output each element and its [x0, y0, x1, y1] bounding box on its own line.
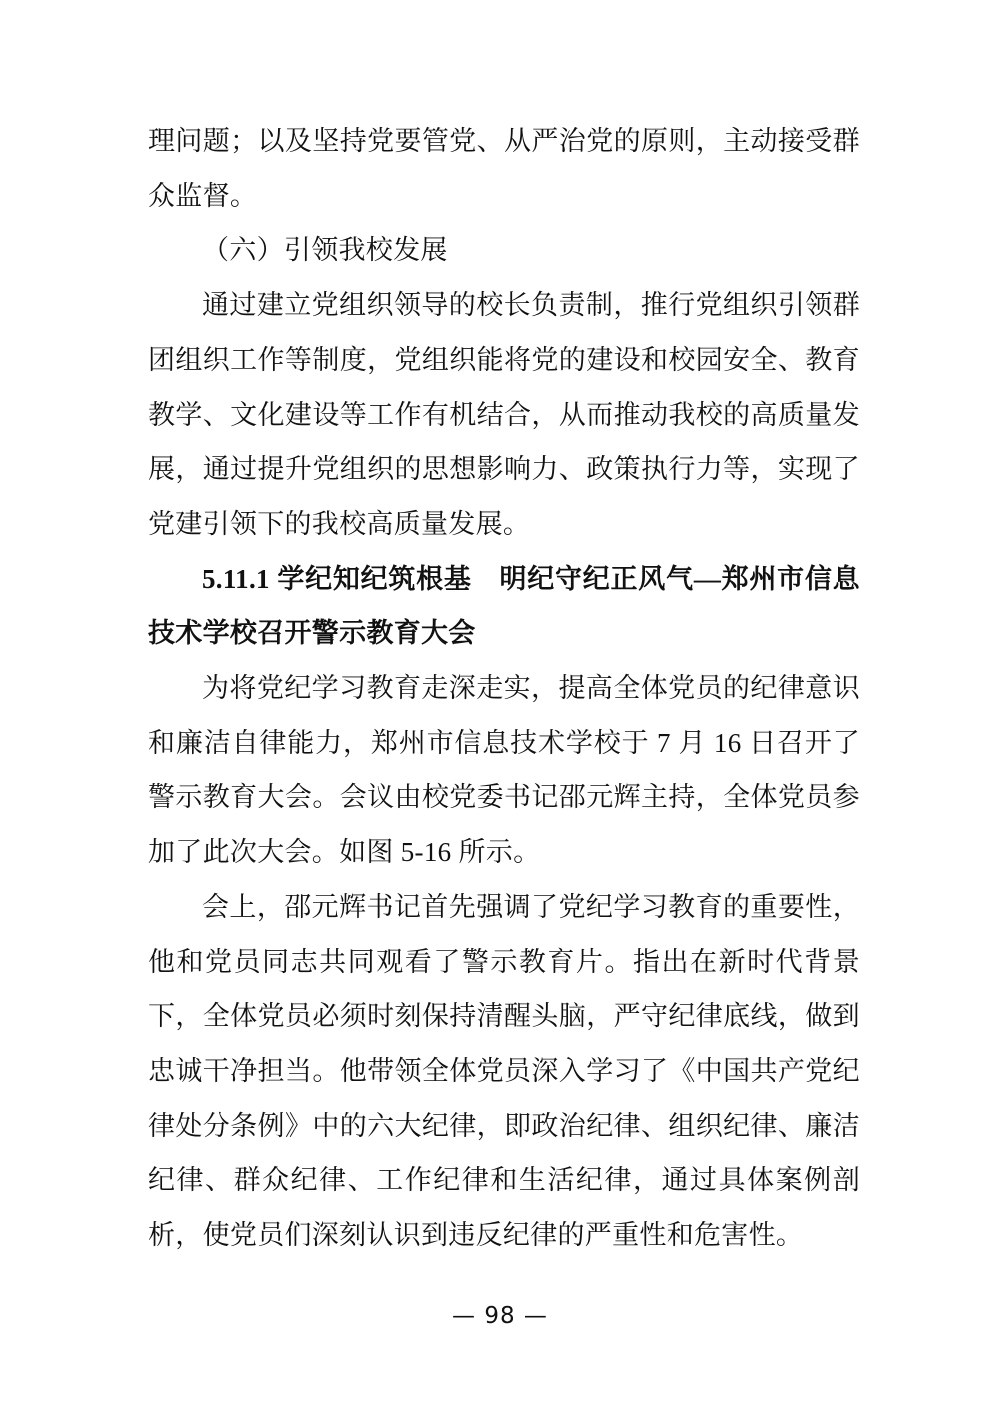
paragraph-meeting-intro: 为将党纪学习教育走深走实，提高全体党员的纪律意识和廉洁自律能力，郑州市信息技术学…: [148, 661, 860, 880]
heading-5-11-1-warning-education: 5.11.1 学纪知纪筑根基 明纪守纪正风气—郑州市信息技术学校召开警示教育大会: [148, 552, 860, 661]
paragraph-meeting-content: 会上，邵元辉书记首先强调了党纪学习教育的重要性，他和党员同志共同观看了警示教育片…: [148, 880, 860, 1263]
subheading-section-six: （六）引领我校发展: [148, 223, 860, 278]
page-number: — 98 —: [0, 1303, 1000, 1329]
document-content: 理问题；以及坚持党要管党、从严治党的原则，主动接受群众监督。 （六）引领我校发展…: [148, 114, 860, 1263]
paragraph-continued-supervision: 理问题；以及坚持党要管党、从严治党的原则，主动接受群众监督。: [148, 114, 860, 223]
paragraph-party-led-development: 通过建立党组织领导的校长负责制，推行党组织引领群团组织工作等制度，党组织能将党的…: [148, 278, 860, 552]
document-page: 理问题；以及坚持党要管党、从严治党的原则，主动接受群众监督。 （六）引领我校发展…: [0, 0, 1000, 1414]
